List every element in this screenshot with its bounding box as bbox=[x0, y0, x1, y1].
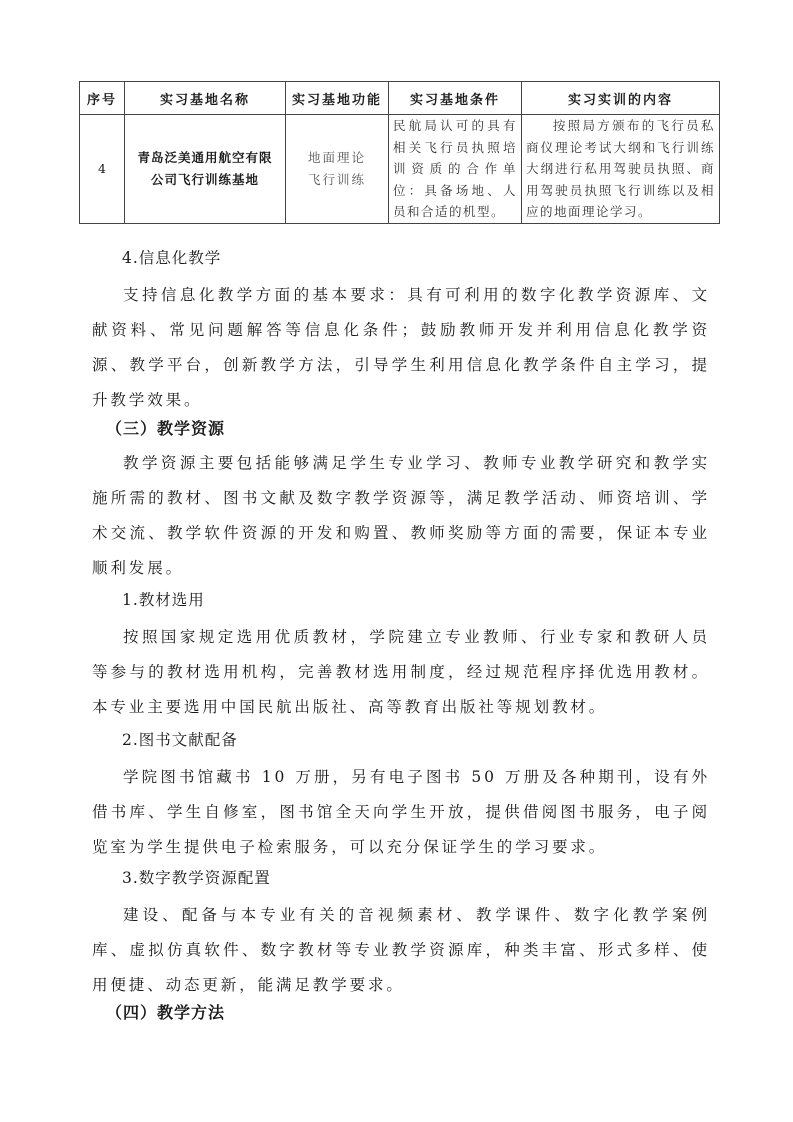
subsection-title-library: 2.图书文献配备 bbox=[122, 728, 238, 750]
table-row: 4 青岛泛美通用航空有限 公司飞行训练基地 地面理论 飞行训练 民航局认可的具有… bbox=[80, 115, 720, 224]
subsection-title-info-teaching: 4.信息化教学 bbox=[122, 246, 221, 268]
document-page: 序号 实习基地名称 实习基地功能 实习基地条件 实习实训的内容 4 青岛泛美通用… bbox=[0, 0, 793, 1122]
training-base-table: 序号 实习基地名称 实习基地功能 实习基地条件 实习实训的内容 4 青岛泛美通用… bbox=[79, 81, 720, 224]
cell-training-content: 按照局方颁布的飞行员私商仪理论考试大纲和飞行训练大纲进行私用驾驶员执照、商用驾驶… bbox=[522, 115, 720, 224]
paragraph-digital-resources: 建设、配备与本专业有关的音视频素材、教学课件、数字化教学案例库、虚拟仿真软件、数… bbox=[92, 898, 710, 1003]
header-base-conditions: 实习基地条件 bbox=[389, 82, 522, 115]
subsection-title-digital-resources: 3.数字教学资源配置 bbox=[122, 866, 271, 888]
paragraph-textbook: 按照国家规定选用优质教材，学院建立专业教师、行业专家和教研人员等参与的教材选用机… bbox=[92, 620, 710, 725]
header-no: 序号 bbox=[80, 82, 125, 115]
paragraph-library: 学院图书馆藏书 10 万册，另有电子图书 50 万册及各种期刊，设有外借书库、学… bbox=[92, 760, 710, 865]
base-name-line2: 公司飞行训练基地 bbox=[125, 169, 285, 191]
cell-base-conditions: 民航局认可的具有相关飞行员执照培训资质的合作单位：具备场地、人员和合适的机型。 bbox=[389, 115, 522, 224]
cell-no: 4 bbox=[80, 115, 125, 224]
base-name-line1: 青岛泛美通用航空有限 bbox=[125, 147, 285, 169]
paragraph-info-teaching: 支持信息化教学方面的基本要求：具有可利用的数字化教学资源库、文献资料、常见问题解… bbox=[92, 278, 710, 418]
function-line2: 飞行训练 bbox=[286, 169, 388, 191]
subsection-title-textbook: 1.教材选用 bbox=[122, 588, 205, 610]
section-title-teaching-resources: （三）教学资源 bbox=[106, 416, 225, 439]
table-header-row: 序号 实习基地名称 实习基地功能 实习基地条件 实习实训的内容 bbox=[80, 82, 720, 115]
header-base-function: 实习基地功能 bbox=[286, 82, 389, 115]
function-line1: 地面理论 bbox=[286, 147, 388, 169]
training-content-text: 按照局方颁布的飞行员私商仪理论考试大纲和飞行训练大纲进行私用驾驶员执照、商用驾驶… bbox=[526, 118, 715, 219]
cell-base-name: 青岛泛美通用航空有限 公司飞行训练基地 bbox=[125, 115, 286, 224]
header-training-content: 实习实训的内容 bbox=[522, 82, 720, 115]
cell-base-function: 地面理论 飞行训练 bbox=[286, 115, 389, 224]
header-base-name: 实习基地名称 bbox=[125, 82, 286, 115]
section-title-teaching-methods: （四）教学方法 bbox=[106, 1000, 225, 1023]
paragraph-teaching-resources: 教学资源主要包括能够满足学生专业学习、教师专业教学研究和教学实施所需的教材、图书… bbox=[92, 446, 710, 586]
